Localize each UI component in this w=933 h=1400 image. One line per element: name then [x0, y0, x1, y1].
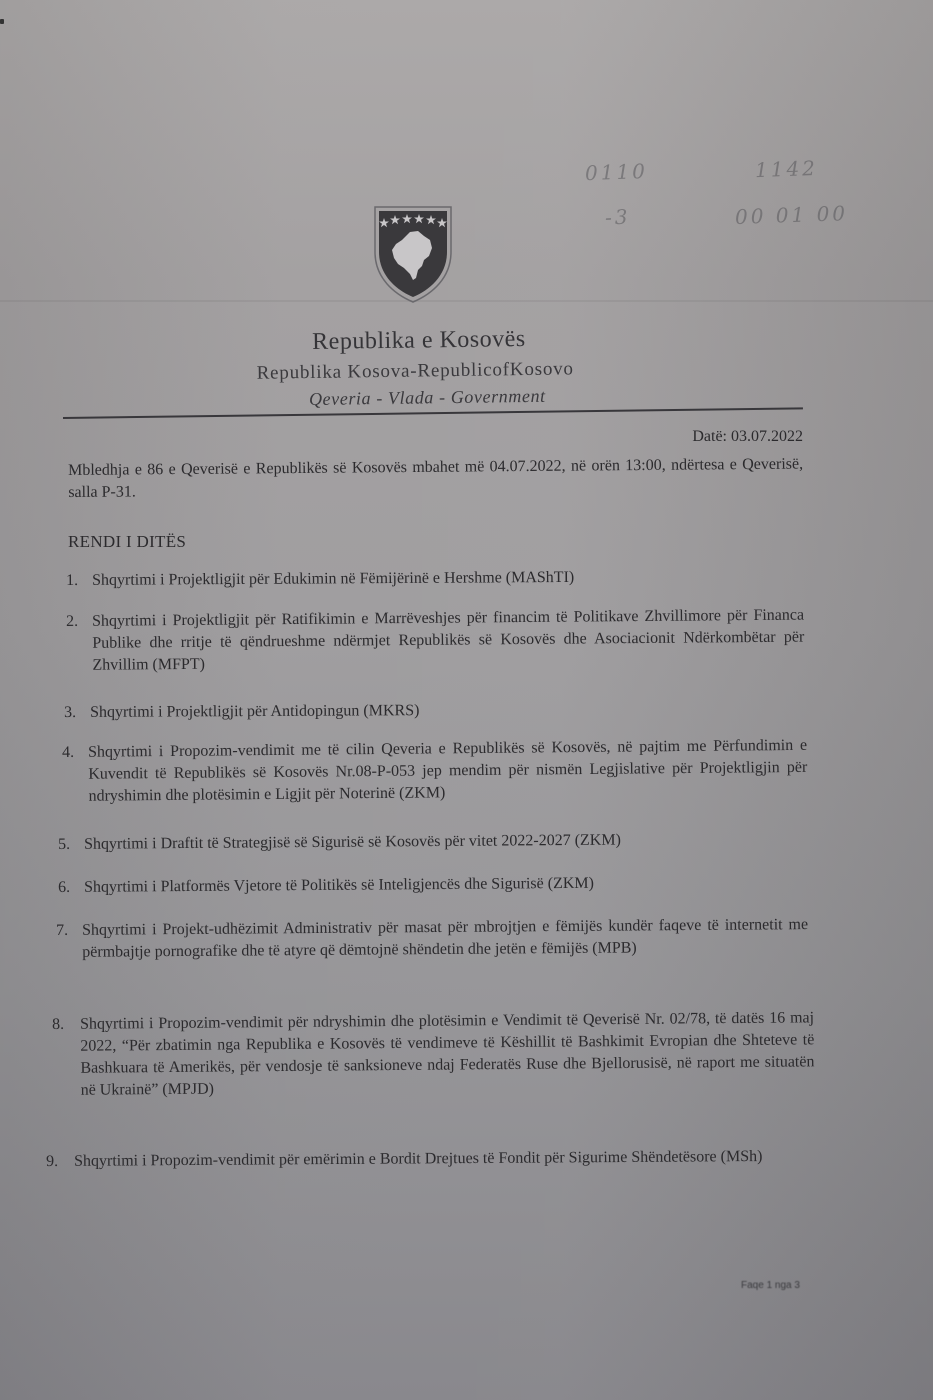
agenda-item-number: 9. — [46, 1151, 74, 1173]
document-date: Datë: 03.07.2022 — [692, 426, 803, 448]
letterhead: Republika e Kosovës Republika Kosova-Rep… — [240, 322, 660, 328]
agenda-item-number: 1. — [66, 570, 92, 592]
handwritten-note: 1142 — [755, 156, 819, 182]
agenda-item-number: 3. — [64, 702, 90, 724]
agenda-item-number: 2. — [66, 611, 93, 677]
agenda-item-text: Shqyrtimi i Propozim-vendimit për ndrysh… — [80, 1007, 815, 1101]
agenda-item-text: Shqyrtimi i Propozim-vendimit për emërim… — [74, 1146, 814, 1173]
agenda-item: 4. Shqyrtimi i Propozim-vendimit me të c… — [62, 735, 808, 808]
agenda-item-number: 5. — [58, 834, 84, 856]
page-number-footer: Faqe 1 nga 3 — [741, 1280, 800, 1291]
header-divider — [63, 407, 803, 419]
letterhead-subtitle: Republika Kosova-RepublicofKosovo — [256, 358, 573, 384]
kosovo-coat-of-arms-icon — [372, 204, 454, 304]
agenda-item: 6. Shqyrtimi i Platformës Vjetore të Pol… — [58, 871, 808, 899]
letterhead-government: Qeveria - Vlada - Government — [309, 386, 546, 410]
agenda-title: RENDI I DITËS — [68, 531, 186, 553]
handwritten-note: 0110 — [585, 159, 649, 185]
agenda-item-number: 4. — [62, 742, 89, 808]
agenda-item: 5. Shqyrtimi i Draftit të Strategjisë së… — [58, 828, 808, 856]
meeting-intro: Mbledhja e 86 e Qeverisë e Republikës së… — [68, 454, 803, 504]
agenda-item-text: Shqyrtimi i Projektligjit për Edukimin n… — [92, 565, 806, 591]
agenda-item-text: Shqyrtimi i Propozim-vendimit me të cili… — [88, 735, 808, 808]
agenda-item: 9. Shqyrtimi i Propozim-vendimit për emë… — [46, 1146, 814, 1173]
paper-fold-line — [0, 300, 933, 302]
agenda-item: 1. Shqyrtimi i Projektligjit për Edukimi… — [66, 565, 806, 592]
agenda-item-text: Shqyrtimi i Platformës Vjetore të Politi… — [84, 871, 808, 899]
handwritten-note: -3 — [605, 205, 631, 230]
agenda-item-text: Shqyrtimi i Projekt-udhëzimit Administra… — [82, 914, 808, 964]
agenda-item-number: 6. — [58, 877, 84, 899]
handwritten-note: 00 01 00 — [735, 201, 849, 229]
agenda-item-text: Shqyrtimi i Projektligjit për Antidoping… — [90, 698, 802, 724]
agenda-item-text: Shqyrtimi i Projektligjit për Ratifikimi… — [92, 605, 805, 677]
letterhead-title: Republika e Kosovës — [312, 326, 526, 356]
agenda-item: 7. Shqyrtimi i Projekt-udhëzimit Adminis… — [56, 914, 808, 964]
agenda-item-number: 8. — [52, 1014, 81, 1102]
agenda-item-number: 7. — [56, 920, 82, 964]
agenda-item: 2. Shqyrtimi i Projektligjit për Ratifik… — [66, 605, 805, 677]
agenda-item-text: Shqyrtimi i Draftit të Strategjisë së Si… — [84, 828, 808, 856]
corner-mark — [0, 19, 4, 24]
agenda-item: 3. Shqyrtimi i Projektligjit për Antidop… — [64, 698, 802, 724]
agenda-item: 8. Shqyrtimi i Propozim-vendimit për ndr… — [52, 1007, 815, 1102]
